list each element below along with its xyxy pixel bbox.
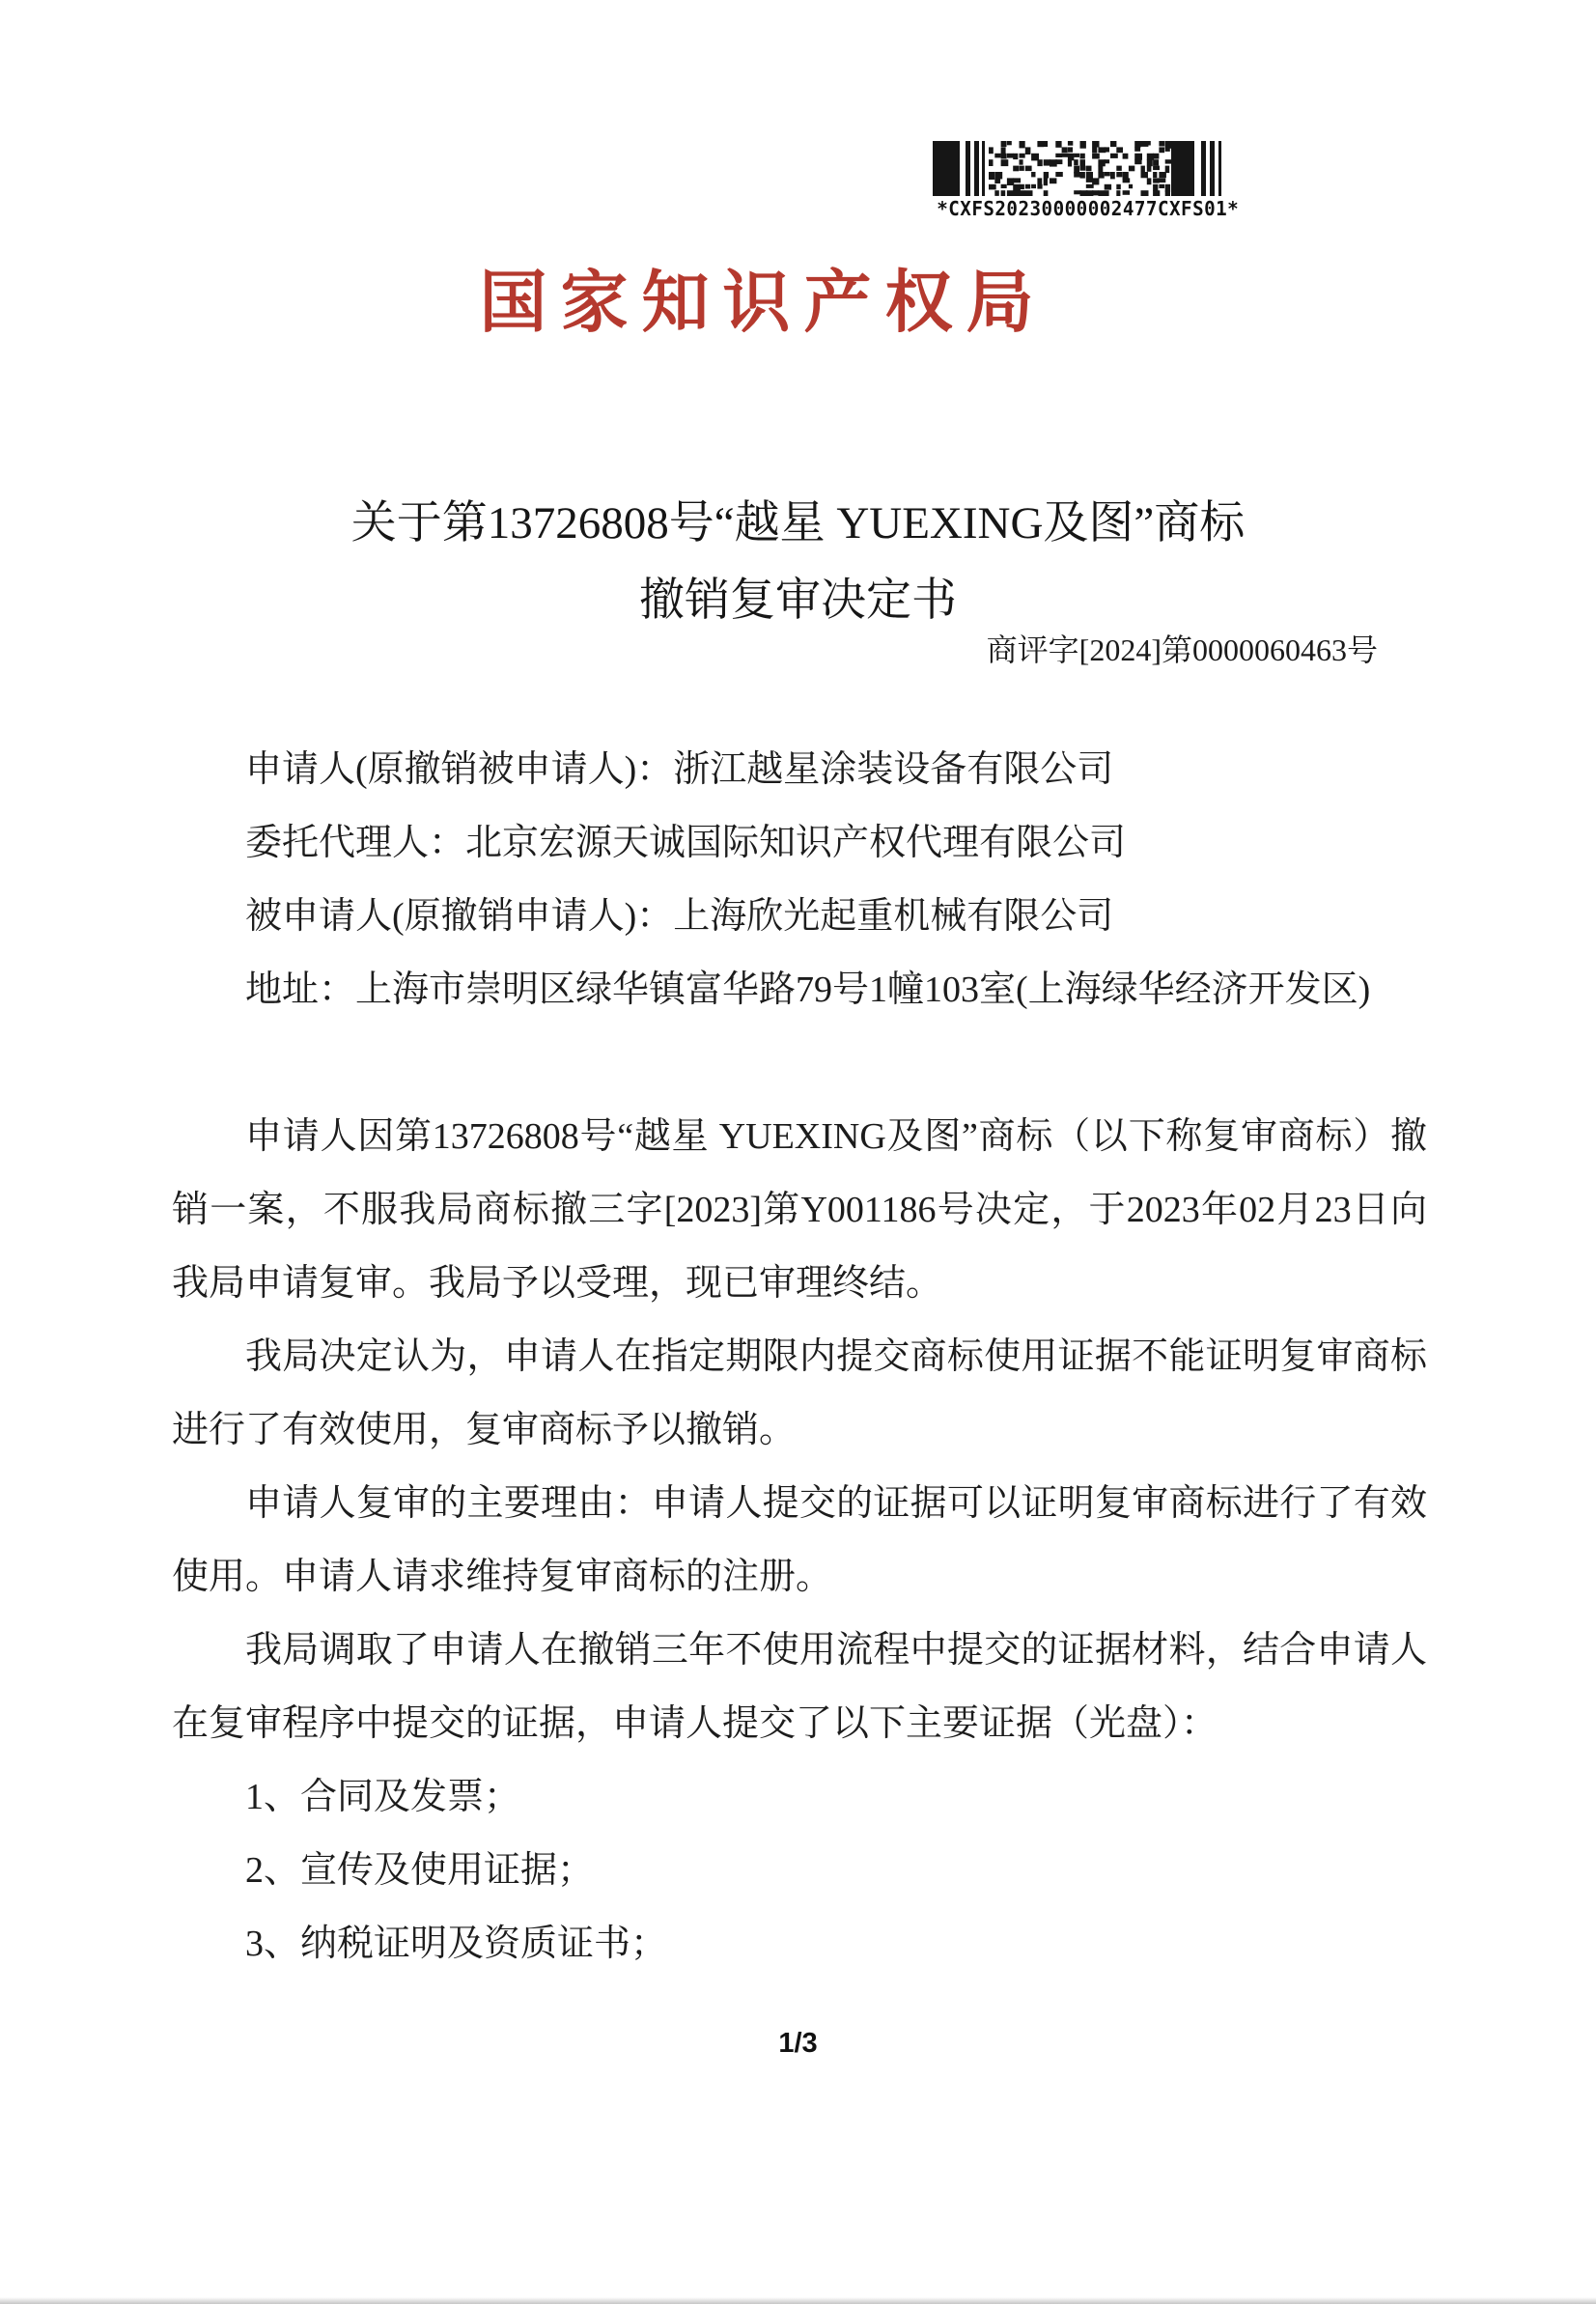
body-paragraph: 我局决定认为，申请人在指定期限内提交商标使用证据不能证明复审商标进行了有效使用，… xyxy=(172,1320,1427,1467)
body-paragraph: 申请人因第13726808号“越星 YUEXING及图”商标（以下称复审商标）撤… xyxy=(172,1100,1427,1320)
doc-title: 关于第13726808号“越星 YUEXING及图”商标 撤销复审决定书 xyxy=(0,485,1596,639)
document-page: *CXFS20230000002477CXFS01* 国家知识产权局 关于第13… xyxy=(0,0,1596,2304)
evidence-item: 2、宣传及使用证据； xyxy=(172,1834,1427,1907)
barcode-block: *CXFS20230000002477CXFS01* xyxy=(931,141,1230,220)
party-line-respondent: 被申请人(原撤销申请人)：上海欣光起重机械有限公司 xyxy=(172,880,1427,953)
barcode-icon xyxy=(933,141,1228,196)
document-body: 申请人(原撤销被申请人)：浙江越星涂装设备有限公司 委托代理人：北京宏源天诚国际… xyxy=(172,733,1427,1981)
page-number: 1/3 xyxy=(0,2028,1596,2060)
party-line-agent: 委托代理人：北京宏源天诚国际知识产权代理有限公司 xyxy=(172,806,1427,880)
body-paragraph: 申请人复审的主要理由：申请人提交的证据可以证明复审商标进行了有效使用。申请人请求… xyxy=(172,1467,1427,1614)
party-line-applicant: 申请人(原撤销被申请人)：浙江越星涂装设备有限公司 xyxy=(172,733,1427,806)
agency-title: 国家知识产权局 xyxy=(0,263,1561,346)
party-line-address: 地址：上海市崇明区绿华镇富华路79号1幢103室(上海绿华经济开发区) xyxy=(172,953,1427,1026)
barcode-text: *CXFS20230000002477CXFS01* xyxy=(937,197,1224,220)
case-number: 商评字[2024]第0000060463号 xyxy=(987,626,1378,670)
body-paragraph: 我局调取了申请人在撤销三年不使用流程中提交的证据材料，结合申请人在复审程序中提交… xyxy=(172,1614,1427,1760)
scan-edge-shadow xyxy=(0,2297,1596,2304)
evidence-item: 3、纳税证明及资质证书； xyxy=(172,1907,1427,1981)
evidence-item: 1、合同及发票； xyxy=(172,1760,1427,1834)
doc-title-line1: 关于第13726808号“越星 YUEXING及图”商标 xyxy=(0,485,1596,562)
